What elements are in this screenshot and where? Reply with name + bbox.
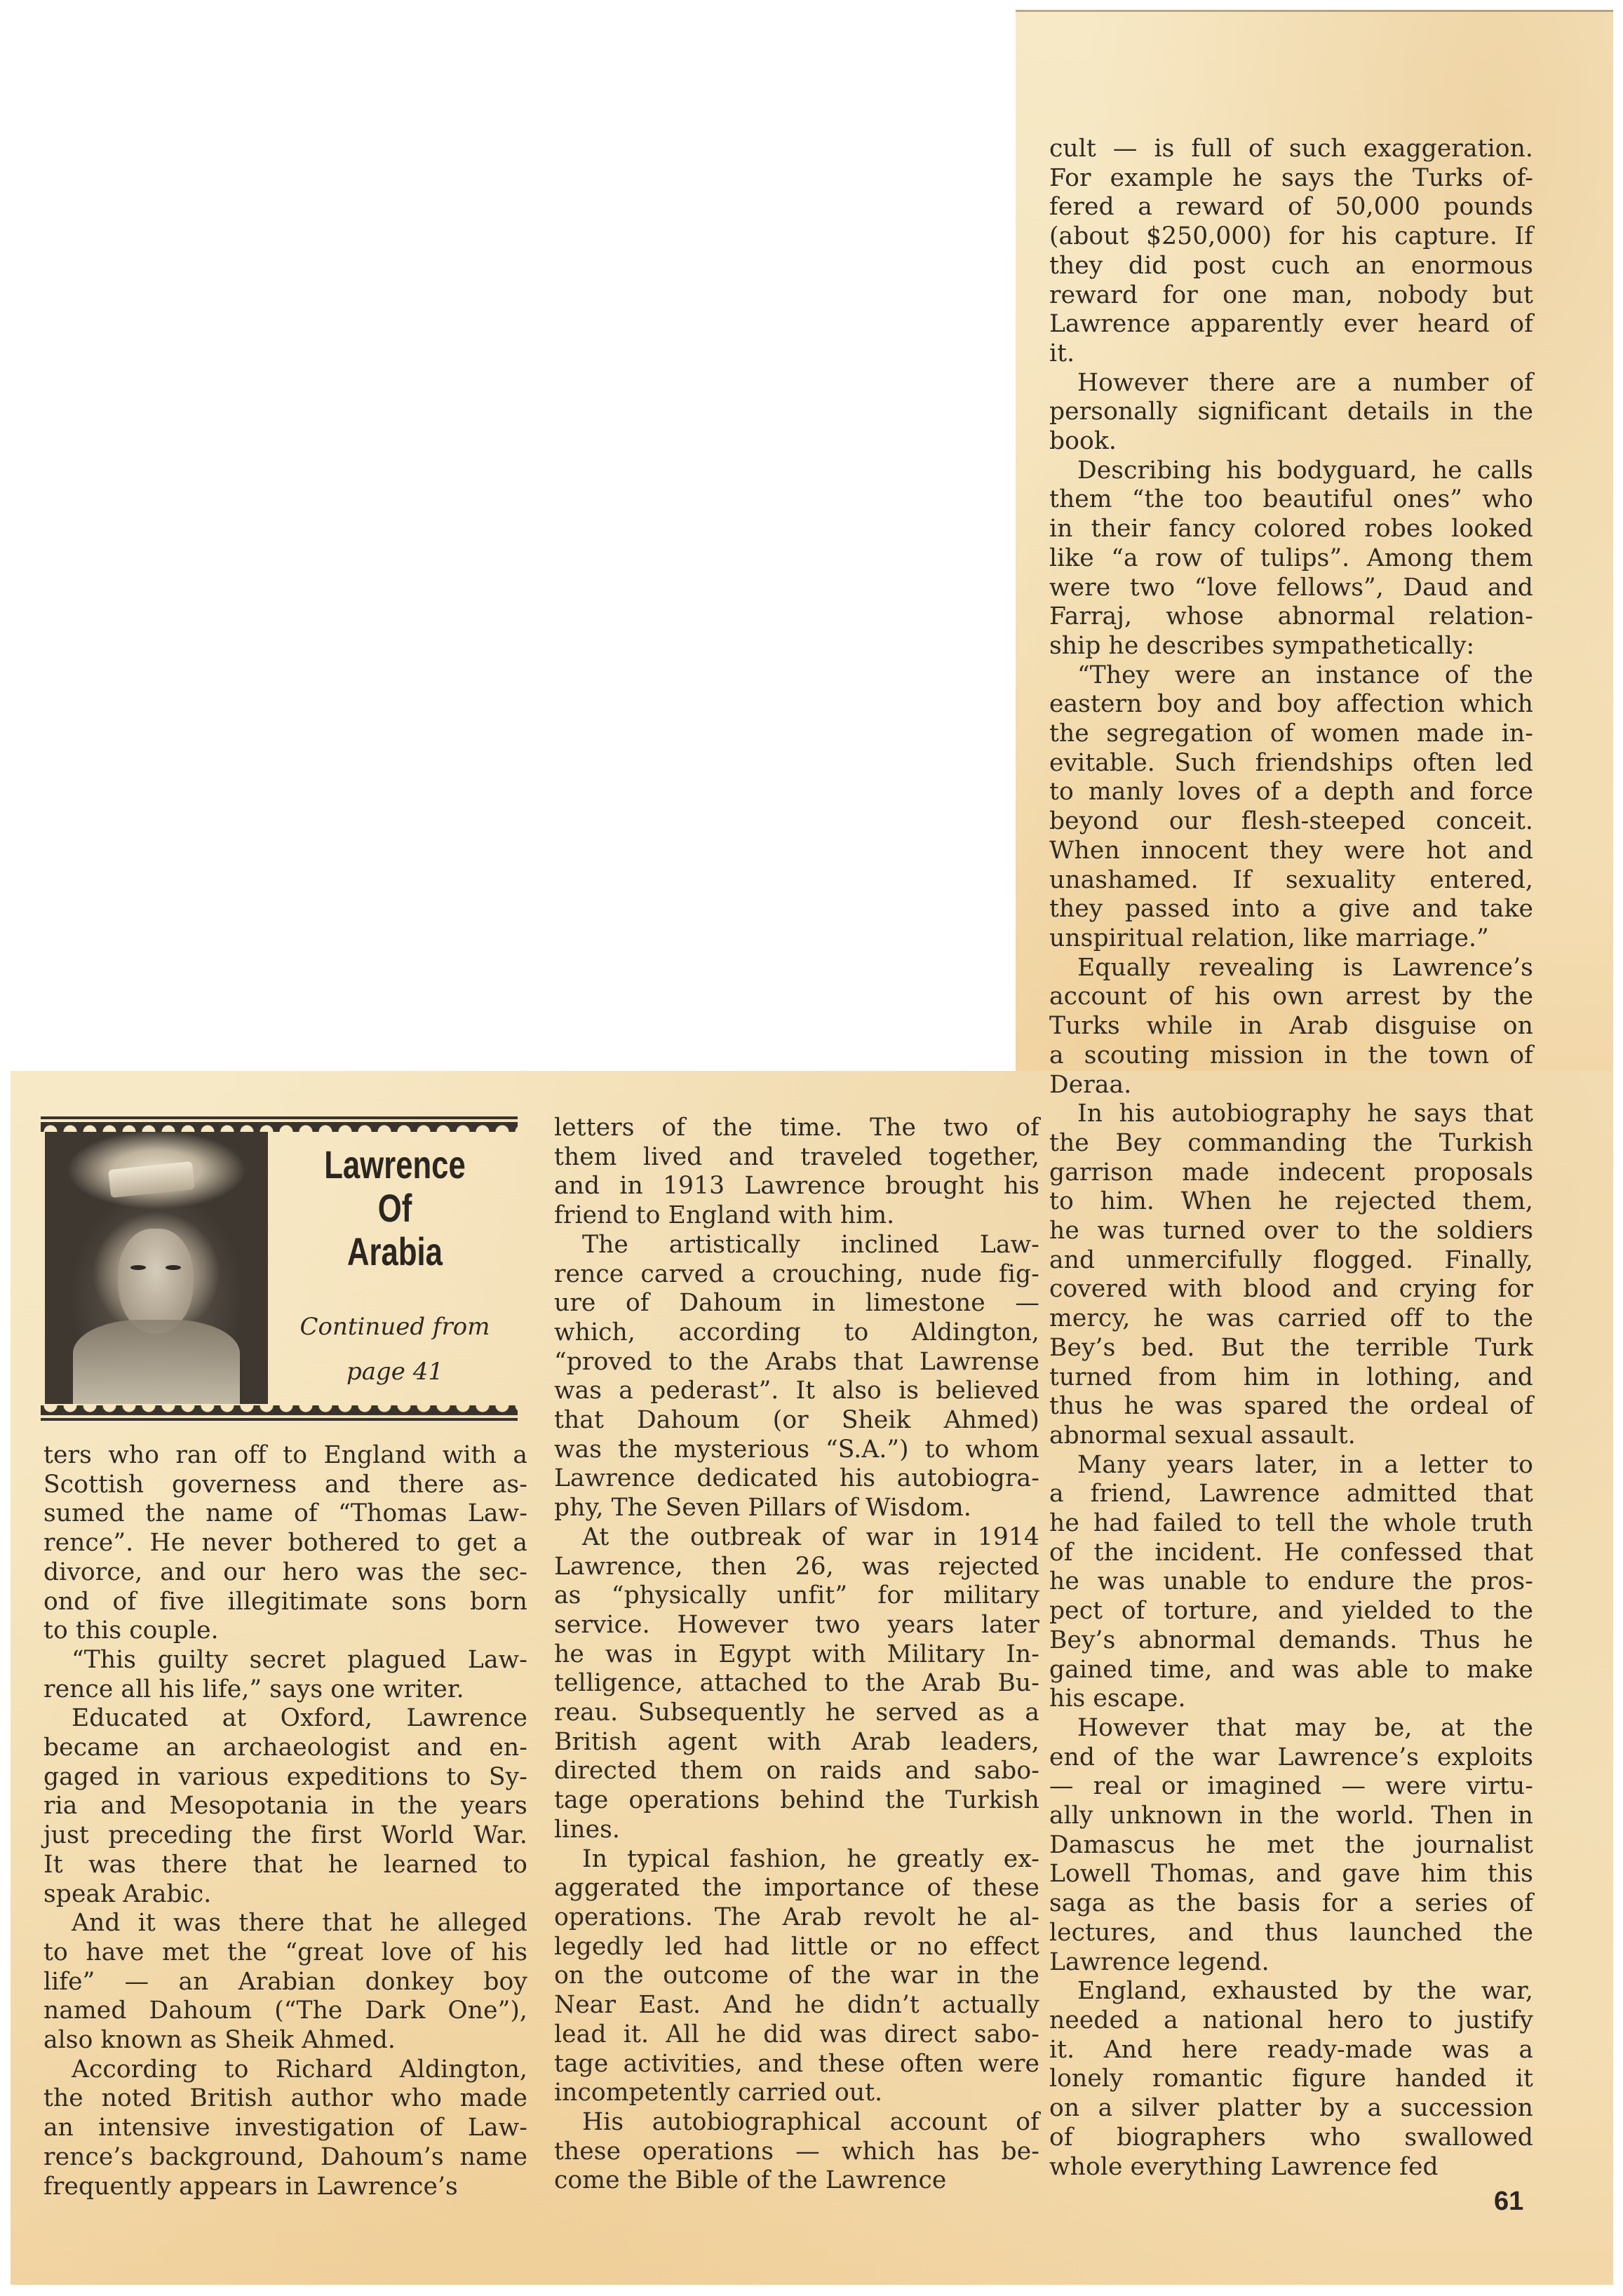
text-line: In typical fashion, he greatly ex-: [554, 1845, 1039, 1875]
text-line: eastern boy and boy affection which: [1049, 690, 1533, 720]
text-line: it. And here ready-made was a: [1049, 2036, 1533, 2065]
text-line: And it was there that he alleged: [43, 1909, 527, 1938]
text-line: His autobiographical account of: [554, 2108, 1039, 2138]
text-column-right: cult — is full of such exaggeration.For …: [1049, 135, 1533, 2182]
portrait-eye-left: [130, 1265, 146, 1270]
text-line: in their fancy colored robes looked: [1049, 515, 1533, 544]
text-line: were two “love fellows”, Daud and: [1049, 574, 1533, 603]
paragraph: England, exhausted by the war,needed a n…: [1049, 1977, 1533, 2182]
article-title-line: Arabia: [304, 1230, 485, 1274]
paragraph: Equally revealing is Lawrence’saccount o…: [1049, 954, 1533, 1100]
text-line: to manly loves of a depth and force: [1049, 778, 1533, 807]
paper-edge-shadow: [1016, 10, 1613, 12]
text-line: lines.: [554, 1816, 1039, 1845]
text-line: At the outbreak of war in 1914: [554, 1523, 1039, 1553]
text-line: — real or imagined — were virtu-: [1049, 1772, 1533, 1802]
text-line: Lawrence apparently ever heard of: [1049, 310, 1533, 339]
text-line: “They were an instance of the: [1049, 661, 1533, 691]
text-line: When innocent they were hot and: [1049, 837, 1533, 866]
headdress-agal: [108, 1161, 195, 1198]
text-line: beyond our flesh-steeped conceit.: [1049, 807, 1533, 837]
text-line: account of his own arrest by the: [1049, 982, 1533, 1012]
paragraph: However there are a number ofpersonally …: [1049, 369, 1533, 457]
text-line: they passed into a give and take: [1049, 895, 1533, 924]
text-line: operations. The Arab revolt he al-: [554, 1903, 1039, 1933]
text-line: England, exhausted by the war,: [1049, 1977, 1533, 2006]
text-line: as “physically unfit” for military: [554, 1581, 1039, 1611]
text-line: Lawrence, then 26, was rejected: [554, 1553, 1039, 1582]
text-line: the noted British author who made: [43, 2084, 527, 2114]
text-line: which, according to Aldington,: [554, 1318, 1039, 1348]
text-line: them lived and traveled together,: [554, 1143, 1039, 1173]
text-line: The artistically inclined Law-: [554, 1231, 1039, 1260]
text-line: (about $250,000) for his capture. If: [1049, 222, 1533, 252]
continued-label: Continued from: [279, 1304, 511, 1349]
paragraph: “This guilty secret plagued Law-rence al…: [43, 1646, 527, 1704]
text-line: and in 1913 Lawrence brought his: [554, 1172, 1039, 1201]
text-line: Lawrence dedicated his autobiogra-: [554, 1464, 1039, 1494]
paragraph: In typical fashion, he greatly ex-aggera…: [554, 1845, 1039, 2108]
text-line: Deraa.: [1049, 1071, 1533, 1100]
paragraph: letters of the time. The two ofthem live…: [554, 1114, 1039, 1231]
text-line: mercy, he was carried off to the: [1049, 1304, 1533, 1334]
text-line: personally significant details in the: [1049, 398, 1533, 427]
text-line: rence all his life,” says one writer.: [43, 1675, 527, 1705]
text-line: “This guilty secret plagued Law-: [43, 1646, 527, 1675]
paragraph: Describing his bodyguard, he callsthem “…: [1049, 457, 1533, 661]
text-line: reau. Subsequently he served as a: [554, 1699, 1039, 1728]
text-line: was the mysterious “S.A.”) to whom: [554, 1436, 1039, 1465]
portrait-face: [118, 1229, 194, 1334]
continued-from-note: Continued from page 41: [279, 1304, 511, 1394]
article-title-banner: Lawrence Of Arabia Continued from page 4…: [41, 1116, 518, 1425]
text-line: frequently appears in Lawrence’s: [43, 2173, 527, 2202]
text-line: he was unable to endure the pros-: [1049, 1567, 1533, 1597]
text-line: Near East. And he didn’t actually: [554, 1991, 1039, 2020]
text-line: tage activities, and these often were: [554, 2050, 1039, 2079]
text-line: became an archaeologist and en-: [43, 1734, 527, 1763]
text-line: Farraj, whose abnormal relation-: [1049, 602, 1533, 632]
text-line: evitable. Such friendships often led: [1049, 749, 1533, 778]
text-line: unspiritual relation, like marriage.”: [1049, 924, 1533, 954]
portrait-eye-right: [166, 1265, 181, 1270]
text-line: Lawrence legend.: [1049, 1948, 1533, 1978]
page-number: 61: [1494, 2187, 1523, 2217]
text-line: British agent with Arab leaders,: [554, 1728, 1039, 1757]
text-line: the segregation of women made in-: [1049, 720, 1533, 749]
text-line: gained time, and was able to make: [1049, 1656, 1533, 1685]
text-line: However that may be, at the: [1049, 1714, 1533, 1743]
text-line: phy, The Seven Pillars of Wisdom.: [554, 1494, 1039, 1523]
text-line: thus he was spared the ordeal of: [1049, 1392, 1533, 1422]
portrait-robe: [73, 1320, 240, 1404]
text-line: tage operations behind the Turkish: [554, 1786, 1039, 1816]
text-line: Lowell Thomas, and gave him this: [1049, 1860, 1533, 1889]
paragraph: The artistically inclined Law-rence carv…: [554, 1231, 1039, 1523]
paragraph: In his autobiography he says thatthe Bey…: [1049, 1100, 1533, 1450]
text-line: aggerated the importance of these: [554, 1874, 1039, 1903]
banner-bottom-rule: [41, 1418, 518, 1421]
text-line: Bey’s abnormal demands. Thus he: [1049, 1626, 1533, 1656]
article-title-line: Lawrence: [304, 1143, 485, 1187]
paragraph: At the outbreak of war in 1914Lawrence, …: [554, 1523, 1039, 1845]
banner-top-rule: [41, 1116, 518, 1119]
text-line: a scouting mission in the town of: [1049, 1041, 1533, 1071]
text-line: saga as the basis for a series of: [1049, 1889, 1533, 1919]
text-line: named Dahoum (“The Dark One”),: [43, 1997, 527, 2026]
text-line: rence’s background, Dahoum’s name: [43, 2143, 527, 2173]
text-line: reward for one man, nobody but: [1049, 281, 1533, 311]
text-line: life” — an Arabian donkey boy: [43, 1968, 527, 1997]
paragraph: According to Richard Aldington,the noted…: [43, 2055, 527, 2202]
text-line: pect of torture, and yielded to the: [1049, 1597, 1533, 1626]
text-line: he had failed to tell the whole truth: [1049, 1509, 1533, 1539]
text-line: also known as Sheik Ahmed.: [43, 2026, 527, 2055]
text-line: was a pederast”. It also is believed: [554, 1377, 1039, 1406]
text-line: an intensive investigation of Law-: [43, 2114, 527, 2143]
text-line: his escape.: [1049, 1684, 1533, 1714]
text-line: legedly led had little or no effect: [554, 1933, 1039, 1962]
text-line: ure of Dahoum in limestone —: [554, 1289, 1039, 1318]
paragraph: “They were an instance of theeastern boy…: [1049, 661, 1533, 954]
text-line: rence carved a crouching, nude fig-: [554, 1260, 1039, 1290]
text-line: Describing his bodyguard, he calls: [1049, 457, 1533, 486]
text-line: them “the too beautiful ones” who: [1049, 485, 1533, 515]
paragraph: And it was there that he allegedto have …: [43, 1909, 527, 2055]
paragraph: However that may be, at theend of the wa…: [1049, 1714, 1533, 1977]
text-line: like “a row of tulips”. Among them: [1049, 544, 1533, 574]
text-line: whole everything Lawrence fed: [1049, 2153, 1533, 2182]
text-line: covered with blood and crying for: [1049, 1275, 1533, 1304]
text-line: to this couple.: [43, 1616, 527, 1646]
paragraph: His autobiographical account ofthese ope…: [554, 2108, 1039, 2196]
text-line: on the outcome of the war in the: [554, 1961, 1039, 1991]
text-line: friend to England with him.: [554, 1201, 1039, 1231]
text-line: In his autobiography he says that: [1049, 1100, 1533, 1129]
text-line: on a silver platter by a succession: [1049, 2094, 1533, 2123]
banner-bottom-scallop-border: [41, 1405, 518, 1415]
banner-top-scallop-border: [41, 1122, 518, 1132]
paragraph: Many years later, in a letter toa friend…: [1049, 1451, 1533, 1714]
text-line: letters of the time. The two of: [554, 1114, 1039, 1143]
text-line: Damascus he met the journalist: [1049, 1831, 1533, 1861]
text-line: Many years later, in a letter to: [1049, 1451, 1533, 1480]
paragraph: cult — is full of such exaggeration.For …: [1049, 135, 1533, 369]
text-column-middle: letters of the time. The two ofthem live…: [554, 1114, 1039, 2196]
text-line: service. However two years later: [554, 1611, 1039, 1640]
text-line: of biographers who swallowed: [1049, 2123, 1533, 2153]
text-line: Turks while in Arab disguise on: [1049, 1012, 1533, 1041]
text-line: gaged in various expeditions to Sy-: [43, 1763, 527, 1792]
text-line: these operations — which has be-: [554, 2138, 1039, 2167]
paragraph: Educated at Oxford, Lawrencebecame an ar…: [43, 1704, 527, 1909]
text-line: fered a reward of 50,000 pounds: [1049, 193, 1533, 222]
portrait-photo: [45, 1132, 268, 1404]
text-line: “proved to the Arabs that Lawrense: [554, 1348, 1039, 1377]
text-line: to have met the “great love of his: [43, 1938, 527, 1968]
text-line: come the Bible of the Lawrence: [554, 2166, 1039, 2196]
text-line: turned from him in lothing, and: [1049, 1363, 1533, 1393]
text-line: and unmercifully flogged. Finally,: [1049, 1246, 1533, 1276]
text-line: divorce, and our hero was the sec-: [43, 1558, 527, 1588]
text-line: ally unknown in the world. Then in: [1049, 1802, 1533, 1831]
text-line: that Dahoum (or Sheik Ahmed): [554, 1406, 1039, 1436]
text-line: it.: [1049, 339, 1533, 369]
text-line: Scottish governess and there as-: [43, 1471, 527, 1500]
article-title: Lawrence Of Arabia: [304, 1143, 485, 1274]
text-line: just preceding the first World War.: [43, 1821, 527, 1851]
text-line: a friend, Lawrence admitted that: [1049, 1480, 1533, 1509]
text-line: ria and Mesopotania in the years: [43, 1792, 527, 1821]
text-line: unashamed. If sexuality entered,: [1049, 866, 1533, 896]
text-column-left: ters who ran off to England with aScotti…: [43, 1441, 527, 2201]
text-line: they did post cuch an enormous: [1049, 252, 1533, 281]
text-line: book.: [1049, 427, 1533, 457]
text-line: Bey’s bed. But the terrible Turk: [1049, 1334, 1533, 1363]
text-line: speak Arabic.: [43, 1880, 527, 1910]
text-line: garrison made indecent proposals: [1049, 1159, 1533, 1188]
text-line: According to Richard Aldington,: [43, 2055, 527, 2085]
text-line: For example he says the Turks of-: [1049, 164, 1533, 194]
text-line: ship he describes sympathetically:: [1049, 632, 1533, 661]
text-line: abnormal sexual assault.: [1049, 1422, 1533, 1451]
text-line: rence”. He never bothered to get a: [43, 1529, 527, 1558]
text-line: ters who ran off to England with a: [43, 1441, 527, 1471]
text-line: lonely romantic figure handed it: [1049, 2065, 1533, 2094]
text-line: telligence, attached to the Arab Bu-: [554, 1669, 1039, 1699]
text-line: sumed the name of “Thomas Law-: [43, 1499, 527, 1529]
text-line: Equally revealing is Lawrence’s: [1049, 954, 1533, 983]
text-line: lead it. All he did was direct sabo-: [554, 2020, 1039, 2050]
text-line: the Bey commanding the Turkish: [1049, 1129, 1533, 1159]
text-line: to him. When he rejected them,: [1049, 1187, 1533, 1217]
text-line: cult — is full of such exaggeration.: [1049, 135, 1533, 164]
article-title-line: Of: [304, 1187, 485, 1230]
text-line: he was turned over to the soldiers: [1049, 1217, 1533, 1246]
paragraph: ters who ran off to England with aScotti…: [43, 1441, 527, 1646]
text-line: lectures, and thus launched the: [1049, 1919, 1533, 1948]
text-line: It was there that he learned to: [43, 1851, 527, 1880]
text-line: incompetently carried out.: [554, 2079, 1039, 2108]
text-line: needed a national hero to justify: [1049, 2006, 1533, 2036]
text-line: directed them on raids and sabo-: [554, 1757, 1039, 1786]
text-line: he was in Egypt with Military In-: [554, 1640, 1039, 1670]
text-line: of the incident. He confessed that: [1049, 1539, 1533, 1568]
text-line: Educated at Oxford, Lawrence: [43, 1704, 527, 1734]
text-line: ond of five illegitimate sons born: [43, 1588, 527, 1617]
continued-page-ref: page 41: [279, 1349, 511, 1394]
text-line: However there are a number of: [1049, 369, 1533, 398]
text-line: end of the war Lawrence’s exploits: [1049, 1743, 1533, 1773]
